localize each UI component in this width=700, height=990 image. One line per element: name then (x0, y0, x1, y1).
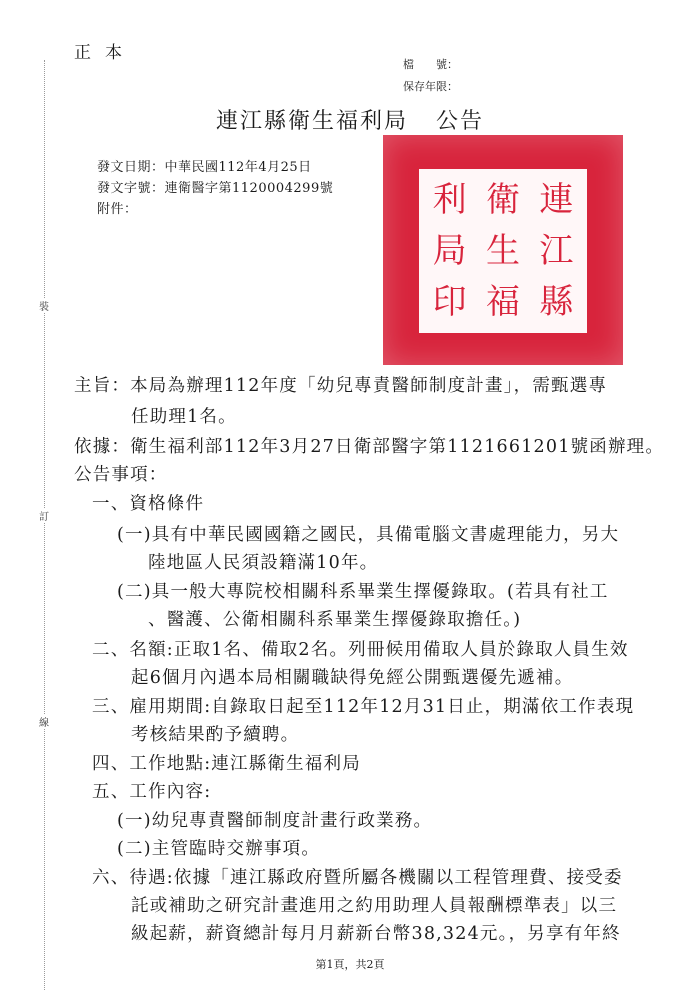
item-2-line-2: 起6個月內遇本局相關職缺得免經公開甄選優先遞補。 (131, 664, 573, 689)
item-1-sub-1-line-1: (一)具有中華民國國籍之國民，具備電腦文書處理能力，另大 (117, 521, 619, 546)
items-heading: 公告事項： (74, 461, 168, 486)
seal-inner-field: 連 江 縣 衛 生 福 利 局 印 (419, 169, 587, 333)
item-6-line-2: 託或補助之研究計畫進用之約用助理人員報酬標準表」以三 (131, 892, 617, 917)
page-indicator: 第1頁，共2頁 (0, 956, 700, 972)
item-5-title: 五、工作內容: (92, 778, 211, 803)
retention-period-label: 保存年限： (403, 78, 458, 94)
attachment-label: 附件： (97, 198, 138, 217)
item-6-line-1: 六、待遇:依據「連江縣政府暨所屬各機關以工程管理費、接受委 (92, 864, 623, 889)
item-3-line-1: 三、雇用期間:自錄取日起至112年12月31日止，期滿依工作表現 (92, 693, 634, 718)
item-1-sub-2-line-1: (二)具一般大專院校相關科系畢業生擇優錄取。(若具有社工 (117, 578, 609, 603)
binding-line (44, 60, 45, 990)
item-5-sub-1: (一)幼兒專責醫師制度計畫行政業務。 (117, 807, 432, 832)
page-title: 連江縣衛生福利局公告 (0, 104, 700, 135)
seal-column-3: 利 局 印 (433, 175, 467, 327)
issue-date: 發文日期：中華民國112年4月25日 (97, 156, 312, 175)
seal-column-2: 衛 生 福 (486, 175, 520, 327)
original-copy-mark: 正本 (74, 38, 136, 63)
issue-number: 發文字號：連衛醫字第1120004299號 (97, 177, 333, 196)
item-5-sub-2: (二)主管臨時交辦事項。 (117, 835, 320, 860)
seal-column-1: 連 江 縣 (539, 175, 573, 327)
item-4-work-location: 四、工作地點:連江縣衛生福利局 (92, 750, 361, 775)
item-3-line-2: 考核結果酌予續聘。 (131, 721, 299, 746)
binding-mark-ding: 訂 (37, 508, 51, 523)
item-1-sub-1-line-2: 陸地區人民須設籍滿10年。 (148, 549, 378, 574)
binding-mark-zhuang: 裝 (37, 298, 51, 313)
item-2-line-1: 二、名額:正取1名、備取2名。列冊候用備取人員於錄取人員生效 (92, 636, 629, 661)
subject-line-2: 任助理1名。 (131, 403, 237, 428)
document-type: 公告 (436, 109, 484, 134)
item-1-sub-2-line-2: 、醫護、公衛相關科系畢業生擇優錄取擔任。) (148, 606, 521, 631)
binding-mark-xian: 線 (37, 714, 51, 729)
basis-line: 依據：衛生福利部112年3月27日衛部醫字第1121661201號函辦理。 (74, 433, 664, 458)
item-6-line-3: 級起薪，薪資總計每月月薪新台幣38,324元。，另享有年終 (131, 920, 621, 945)
file-number-label: 檔 號： (403, 56, 458, 72)
subject-line-1: 主旨：本局為辦理112年度「幼兒專責醫師制度計畫」，需甄選專 (74, 372, 607, 397)
item-1-title: 一、資格條件 (92, 490, 204, 515)
agency-name: 連江縣衛生福利局 (216, 109, 408, 134)
official-seal-stamp: 連 江 縣 衛 生 福 利 局 印 (383, 135, 623, 365)
